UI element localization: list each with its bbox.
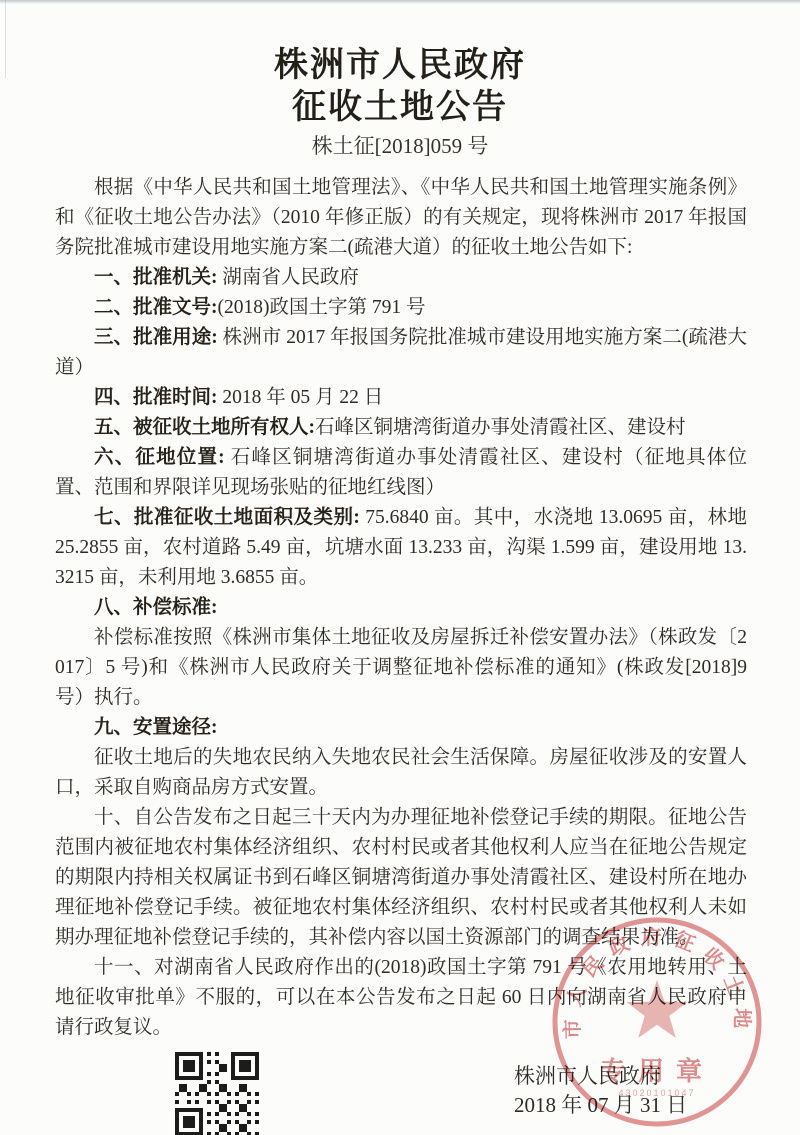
paragraph: 征收土地后的失地农民纳入失地农民社会生活保障。房屋征收涉及的安置人口，采取自购商… bbox=[55, 743, 747, 803]
item-text: 十一、对湖南省人民政府作出的(2018)政国土字第 791 号《农用地转用、土地… bbox=[55, 957, 747, 1038]
item-text: 石峰区铜塘湾街道办事处清霞社区、建设村 bbox=[315, 417, 686, 438]
qr-code-icon bbox=[175, 1052, 259, 1135]
item-text: 湖南省人民政府 bbox=[218, 267, 359, 288]
paragraph: 八、补偿标准: bbox=[55, 593, 747, 623]
item-text: 根据《中华人民共和国土地管理法》、《中华人民共和国土地管理实施条例》和《征收土地… bbox=[55, 177, 747, 258]
paragraph: 九、安置途径: bbox=[55, 713, 747, 743]
document-title-line2: 征收土地公告 bbox=[0, 86, 800, 128]
paragraph: 二、批准文号:(2018)政国土字第 791 号 bbox=[55, 293, 747, 323]
document-header: 株洲市人民政府 征收土地公告 株土征[2018]059 号 bbox=[0, 44, 800, 161]
item-text: 补偿标准按照《株洲市集体土地征收及房屋拆迁补偿安置办法》（株政发〔2017〕5 … bbox=[55, 627, 747, 708]
item-label: 七、批准征收土地面积及类别: bbox=[94, 507, 360, 528]
scan-edge-left bbox=[5, 0, 6, 78]
item-text: 征收土地后的失地农民纳入失地农民社会生活保障。房屋征收涉及的安置人口，采取自购商… bbox=[55, 747, 747, 798]
item-label: 五、被征收土地所有权人: bbox=[94, 417, 315, 438]
item-label: 一、批准机关: bbox=[94, 267, 218, 288]
item-text: (2018)政国土字第 791 号 bbox=[218, 297, 426, 318]
item-label: 六、征地位置: bbox=[94, 447, 225, 468]
paragraph: 十、自公告发布之日起三十天内为办理征地补偿登记手续的期限。征地公告范围内被征地农… bbox=[55, 803, 747, 953]
scan-edge-top bbox=[0, 0, 800, 4]
item-label: 二、批准文号: bbox=[94, 297, 218, 318]
paragraph: 五、被征收土地所有权人:石峰区铜塘湾街道办事处清霞社区、建设村 bbox=[55, 413, 747, 443]
signature-block: 株洲市人民政府 2018 年 07 月 31 日 bbox=[514, 1062, 687, 1120]
item-label: 八、补偿标准: bbox=[94, 597, 218, 618]
signature-issuer: 株洲市人民政府 bbox=[514, 1062, 687, 1091]
paragraph: 四、批准时间: 2018 年 05 月 22 日 bbox=[55, 383, 747, 413]
document-number: 株土征[2018]059 号 bbox=[0, 131, 800, 161]
paragraph: 根据《中华人民共和国土地管理法》、《中华人民共和国土地管理实施条例》和《征收土地… bbox=[55, 173, 747, 263]
paragraph: 七、批准征收土地面积及类别: 75.6840 亩。其中，水浇地 13.0695 … bbox=[55, 503, 747, 593]
item-label: 九、安置途径: bbox=[94, 717, 218, 738]
paragraph: 三、批准用途: 株洲市 2017 年报国务院批准城市建设用地实施方案二(疏港大道… bbox=[55, 323, 747, 383]
item-text: 2018 年 05 月 22 日 bbox=[218, 387, 384, 408]
signature-date: 2018 年 07 月 31 日 bbox=[514, 1091, 687, 1120]
paragraph: 六、征地位置: 石峰区铜塘湾街道办事处清霞社区、建设村（征地具体位置、范围和界限… bbox=[55, 443, 747, 503]
paragraph: 一、批准机关: 湖南省人民政府 bbox=[55, 263, 747, 293]
paragraph: 补偿标准按照《株洲市集体土地征收及房屋拆迁补偿安置办法》（株政发〔2017〕5 … bbox=[55, 623, 747, 713]
paragraph: 十一、对湖南省人民政府作出的(2018)政国土字第 791 号《农用地转用、土地… bbox=[55, 953, 747, 1043]
item-label: 三、批准用途: bbox=[94, 327, 218, 348]
document-body: 根据《中华人民共和国土地管理法》、《中华人民共和国土地管理实施条例》和《征收土地… bbox=[55, 173, 747, 1043]
announcement-page: 株洲市人民政府 征收土地公告 株土征[2018]059 号 根据《中华人民共和国… bbox=[0, 0, 800, 1135]
document-title-line1: 株洲市人民政府 bbox=[0, 44, 800, 86]
item-label: 四、批准时间: bbox=[94, 387, 218, 408]
item-text: 十、自公告发布之日起三十天内为办理征地补偿登记手续的期限。征地公告范围内被征地农… bbox=[55, 807, 747, 948]
